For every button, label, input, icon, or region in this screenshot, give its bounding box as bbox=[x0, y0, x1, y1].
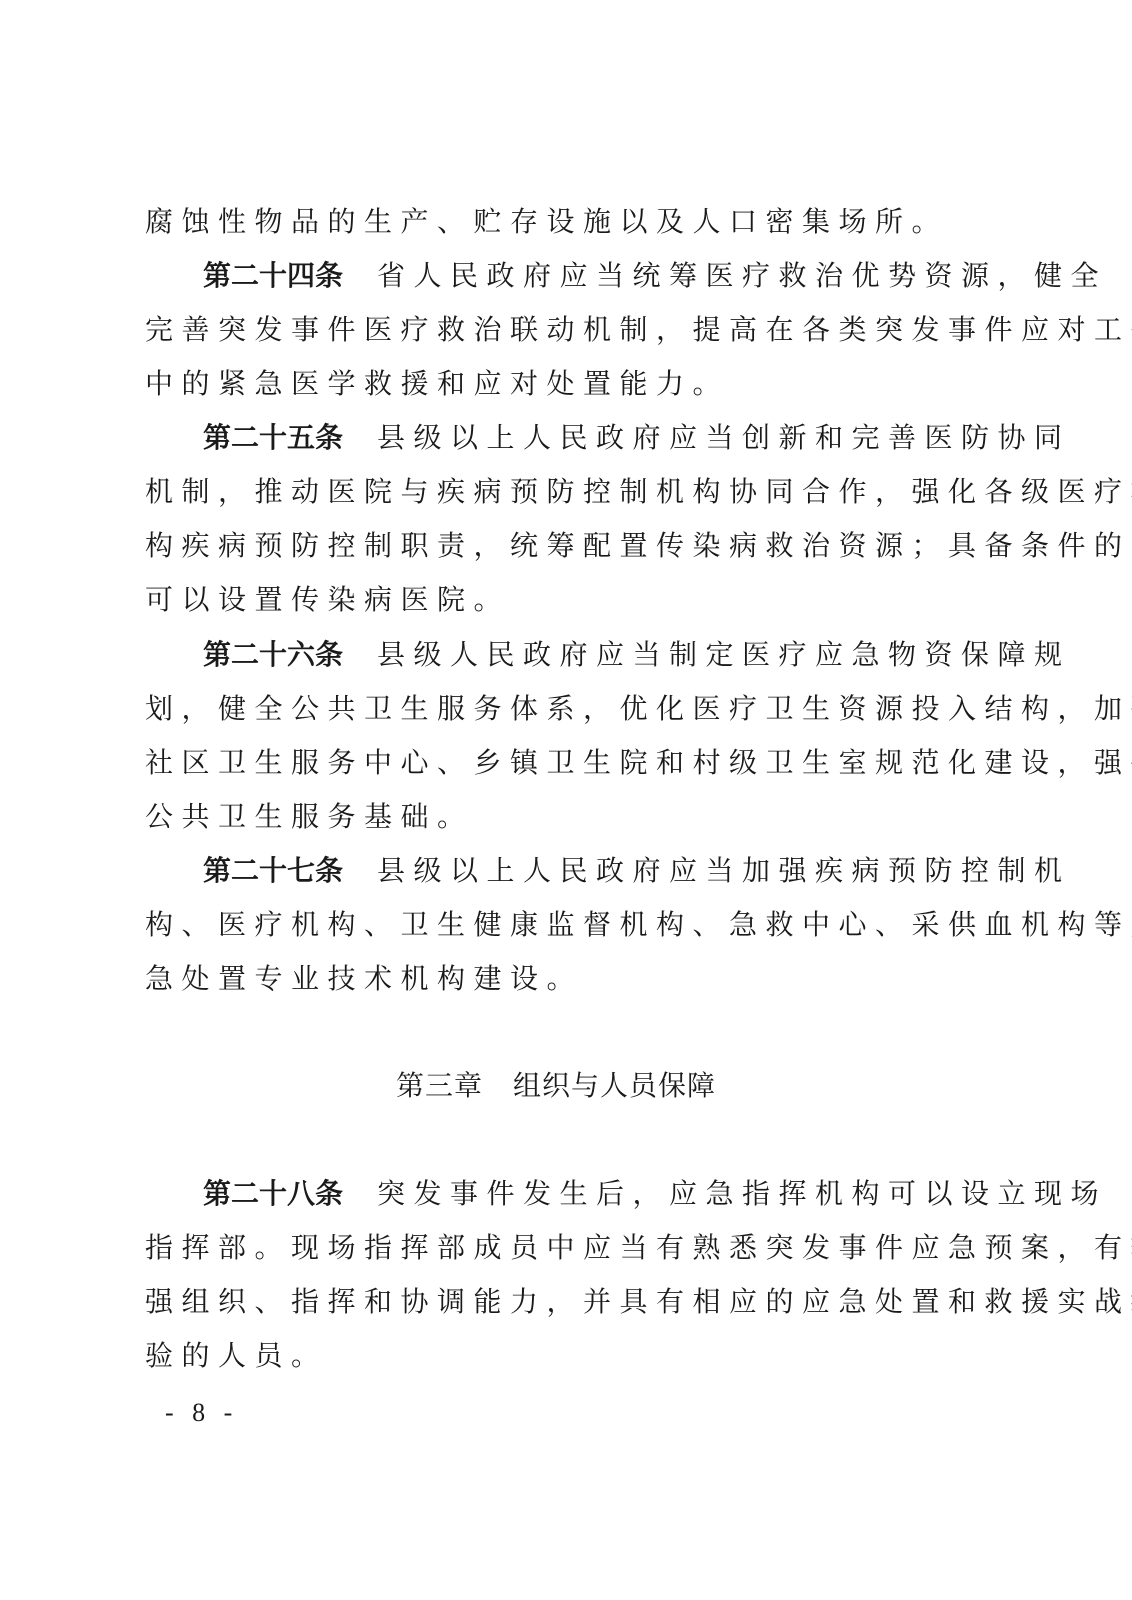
article-label: 第二十六条 bbox=[203, 638, 343, 671]
article-27-line-2: 构、医疗机构、卫生健康监督机构、急救中心、采供血机构等应 bbox=[145, 905, 967, 945]
article-text: 省人民政府应当统筹医疗救治优势资源，健全 bbox=[377, 259, 1107, 292]
article-24-line-1: 第二十四条省人民政府应当统筹医疗救治优势资源，健全 bbox=[145, 256, 967, 296]
page-number: - 8 - bbox=[165, 1398, 238, 1428]
article-26-line-3: 社区卫生服务中心、乡镇卫生院和村级卫生室规范化建设，强化 bbox=[145, 743, 967, 783]
article-28-line-2: 指挥部。现场指挥部成员中应当有熟悉突发事件应急预案，有较 bbox=[145, 1228, 967, 1268]
chapter-heading: 第三章组织与人员保障 bbox=[145, 1066, 967, 1106]
article-24-line-3: 中的紧急医学救援和应对处置能力。 bbox=[145, 364, 967, 404]
article-25-line-4: 可以设置传染病医院。 bbox=[145, 580, 967, 620]
article-27-line-1: 第二十七条县级以上人民政府应当加强疾病预防控制机 bbox=[145, 851, 967, 891]
article-label: 第二十七条 bbox=[203, 854, 343, 887]
article-text: 县级以上人民政府应当创新和完善医防协同 bbox=[377, 421, 1071, 454]
article-25-line-1: 第二十五条县级以上人民政府应当创新和完善医防协同 bbox=[145, 418, 967, 458]
continuation-line: 腐蚀性物品的生产、贮存设施以及人口密集场所。 bbox=[145, 202, 967, 242]
chapter-title: 组织与人员保障 bbox=[513, 1069, 716, 1102]
article-label: 第二十五条 bbox=[203, 421, 343, 454]
article-28-line-3: 强组织、指挥和协调能力，并具有相应的应急处置和救援实战经 bbox=[145, 1282, 967, 1322]
article-26-line-2: 划，健全公共卫生服务体系，优化医疗卫生资源投入结构，加强 bbox=[145, 689, 967, 729]
article-25-line-2: 机制，推动医院与疾病预防控制机构协同合作，强化各级医疗机 bbox=[145, 472, 967, 512]
article-label: 第二十八条 bbox=[203, 1177, 343, 1210]
article-text: 县级人民政府应当制定医疗应急物资保障规 bbox=[377, 638, 1071, 671]
article-26-line-1: 第二十六条县级人民政府应当制定医疗应急物资保障规 bbox=[145, 635, 967, 675]
article-text: 突发事件发生后，应急指挥机构可以设立现场 bbox=[377, 1177, 1107, 1210]
article-25-line-3: 构疾病预防控制职责，统筹配置传染病救治资源；具备条件的， bbox=[145, 526, 967, 566]
article-26-line-4: 公共卫生服务基础。 bbox=[145, 797, 967, 837]
article-27-line-3: 急处置专业技术机构建设。 bbox=[145, 959, 967, 999]
article-24-line-2: 完善突发事件医疗救治联动机制，提高在各类突发事件应对工作 bbox=[145, 310, 967, 350]
article-28-line-4: 验的人员。 bbox=[145, 1336, 967, 1376]
article-label: 第二十四条 bbox=[203, 259, 343, 292]
article-28-line-1: 第二十八条突发事件发生后，应急指挥机构可以设立现场 bbox=[145, 1174, 967, 1214]
chapter-number: 第三章 bbox=[396, 1069, 483, 1102]
article-text: 县级以上人民政府应当加强疾病预防控制机 bbox=[377, 854, 1071, 887]
